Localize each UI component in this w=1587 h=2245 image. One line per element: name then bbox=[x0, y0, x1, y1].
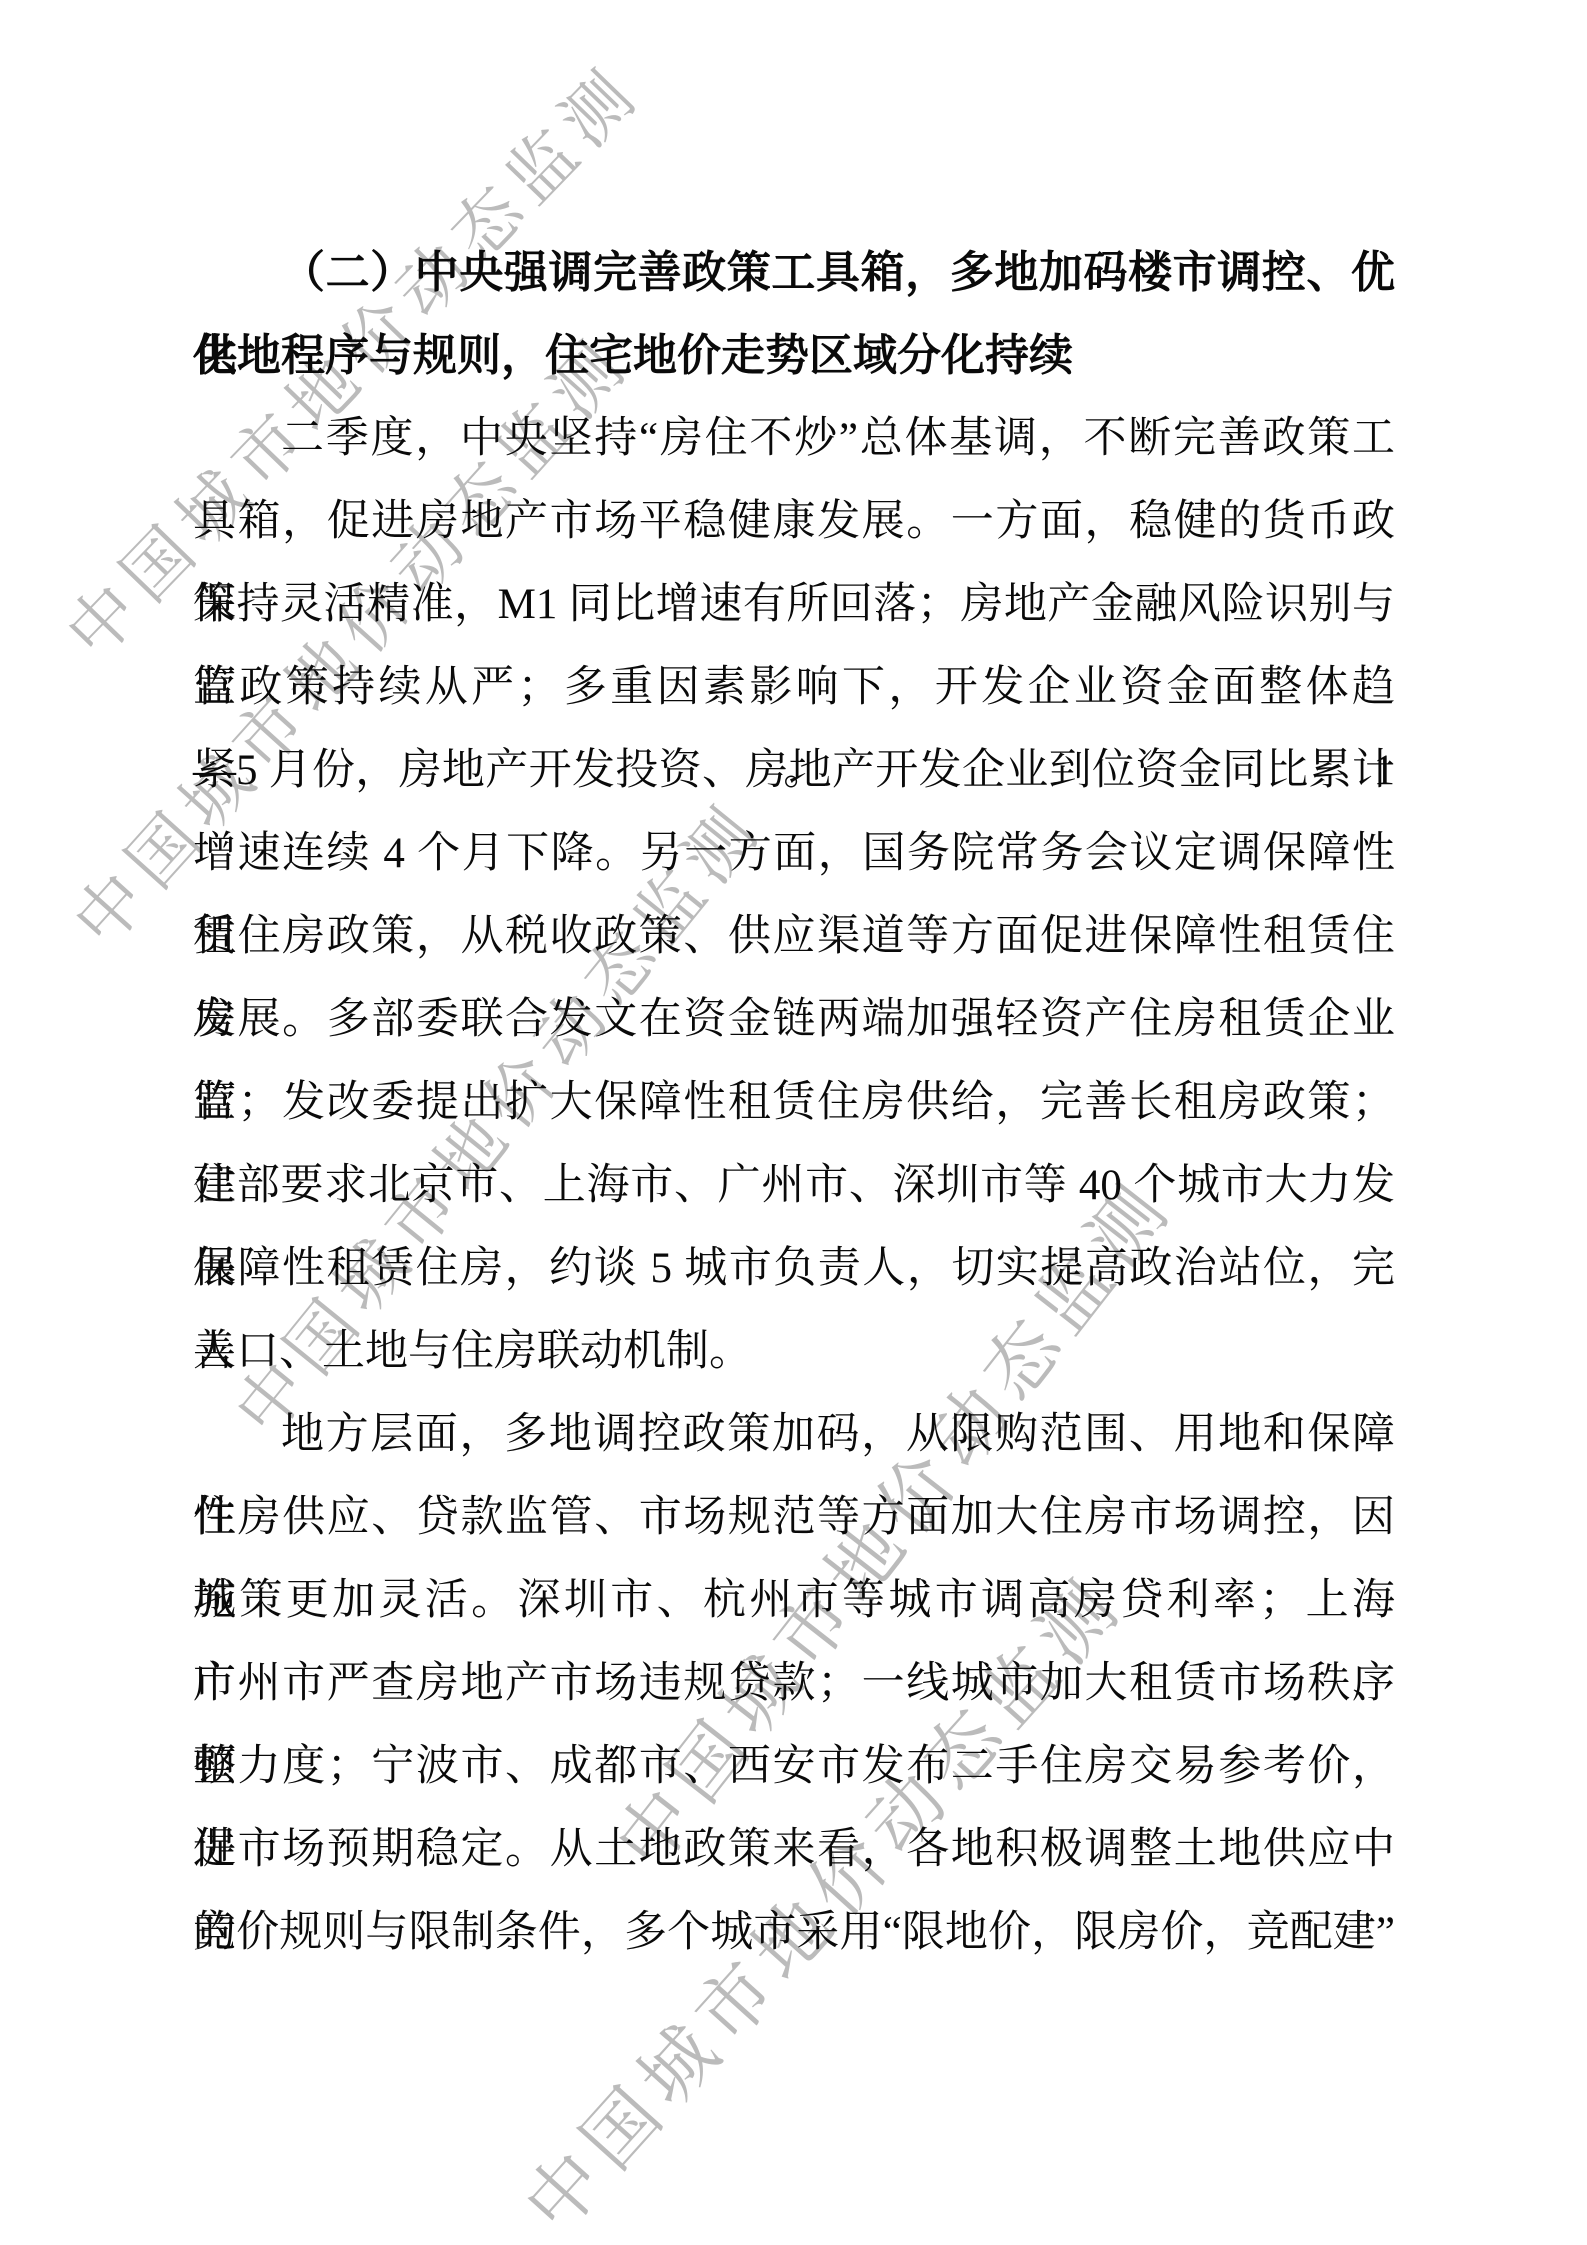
paragraph-1-line: 增速连续 4 个月下降。另一方面，国务院常务会议定调保障性租 bbox=[193, 812, 1395, 895]
paragraph-2-line: 进市场预期稳定。从土地政策来看，各地积极调整土地供应中的 bbox=[193, 1808, 1395, 1891]
section-heading-line-2: 供地程序与规则，住宅地价走势区域分化持续 bbox=[193, 314, 1395, 397]
paragraph-1-line: 人口、土地与住房联动机制。 bbox=[193, 1310, 1395, 1393]
paragraph-1-line: 保持灵活精准，M1 同比增速有所回落；房地产金融风险识别与监 bbox=[193, 563, 1395, 646]
paragraph-2-line: 施策更加灵活。深圳市、杭州市等城市调高房贷利率；上海市、 bbox=[193, 1559, 1395, 1642]
paragraph-1-line: 二季度，中央坚持“房住不炒”总体基调，不断完善政策工 bbox=[193, 397, 1395, 480]
paragraph-1-line: 具箱，促进房地产市场平稳健康发展。一方面，稳健的货币政策 bbox=[193, 480, 1395, 563]
paragraph-2-line: 住房供应、贷款监管、市场规范等方面加大住房市场调控，因城 bbox=[193, 1476, 1395, 1559]
document-body: （二）中央强调完善政策工具箱，多地加码楼市调控、优化 供地程序与规则，住宅地价走… bbox=[193, 231, 1395, 1974]
paragraph-1-line: 发展。多部委联合发文在资金链两端加强轻资产住房租赁企业监 bbox=[193, 978, 1395, 1061]
paragraph-2-line: 地方层面，多地调控政策加码，从限购范围、用地和保障性 bbox=[193, 1393, 1395, 1476]
paragraph-1-line: 管政策持续从严；多重因素影响下，开发企业资金面整体趋紧。1 bbox=[193, 646, 1395, 729]
section-heading-line-1: （二）中央强调完善政策工具箱，多地加码楼市调控、优化 bbox=[193, 231, 1395, 314]
paragraph-2-line: 竞价规则与限制条件，多个城市采用“限地价，限房价，竞配建” bbox=[193, 1891, 1395, 1974]
paragraph-1-line: 赁住房政策，从税收政策、供应渠道等方面促进保障性租赁住房 bbox=[193, 895, 1395, 978]
paragraph-1-line: 管；发改委提出扩大保障性租赁住房供给，完善长租房政策；住 bbox=[193, 1061, 1395, 1144]
paragraph-1-line: —5 月份，房地产开发投资、房地产开发企业到位资金同比累计 bbox=[193, 729, 1395, 812]
paragraph-2-line: 顿力度；宁波市、成都市、西安市发布二手住房交易参考价，促 bbox=[193, 1725, 1395, 1808]
document-page: 中国城市地价动态监测 中国城市地价动态监测 中国城市地价动态监测 中国城市地价动… bbox=[0, 0, 1587, 2245]
paragraph-2-line: 广州市严查房地产市场违规贷款；一线城市加大租赁市场秩序整 bbox=[193, 1642, 1395, 1725]
paragraph-1-line: 保障性租赁住房，约谈 5 城市负责人，切实提高政治站位，完善 bbox=[193, 1227, 1395, 1310]
paragraph-1-line: 建部要求北京市、上海市、广州市、深圳市等 40 个城市大力发展 bbox=[193, 1144, 1395, 1227]
